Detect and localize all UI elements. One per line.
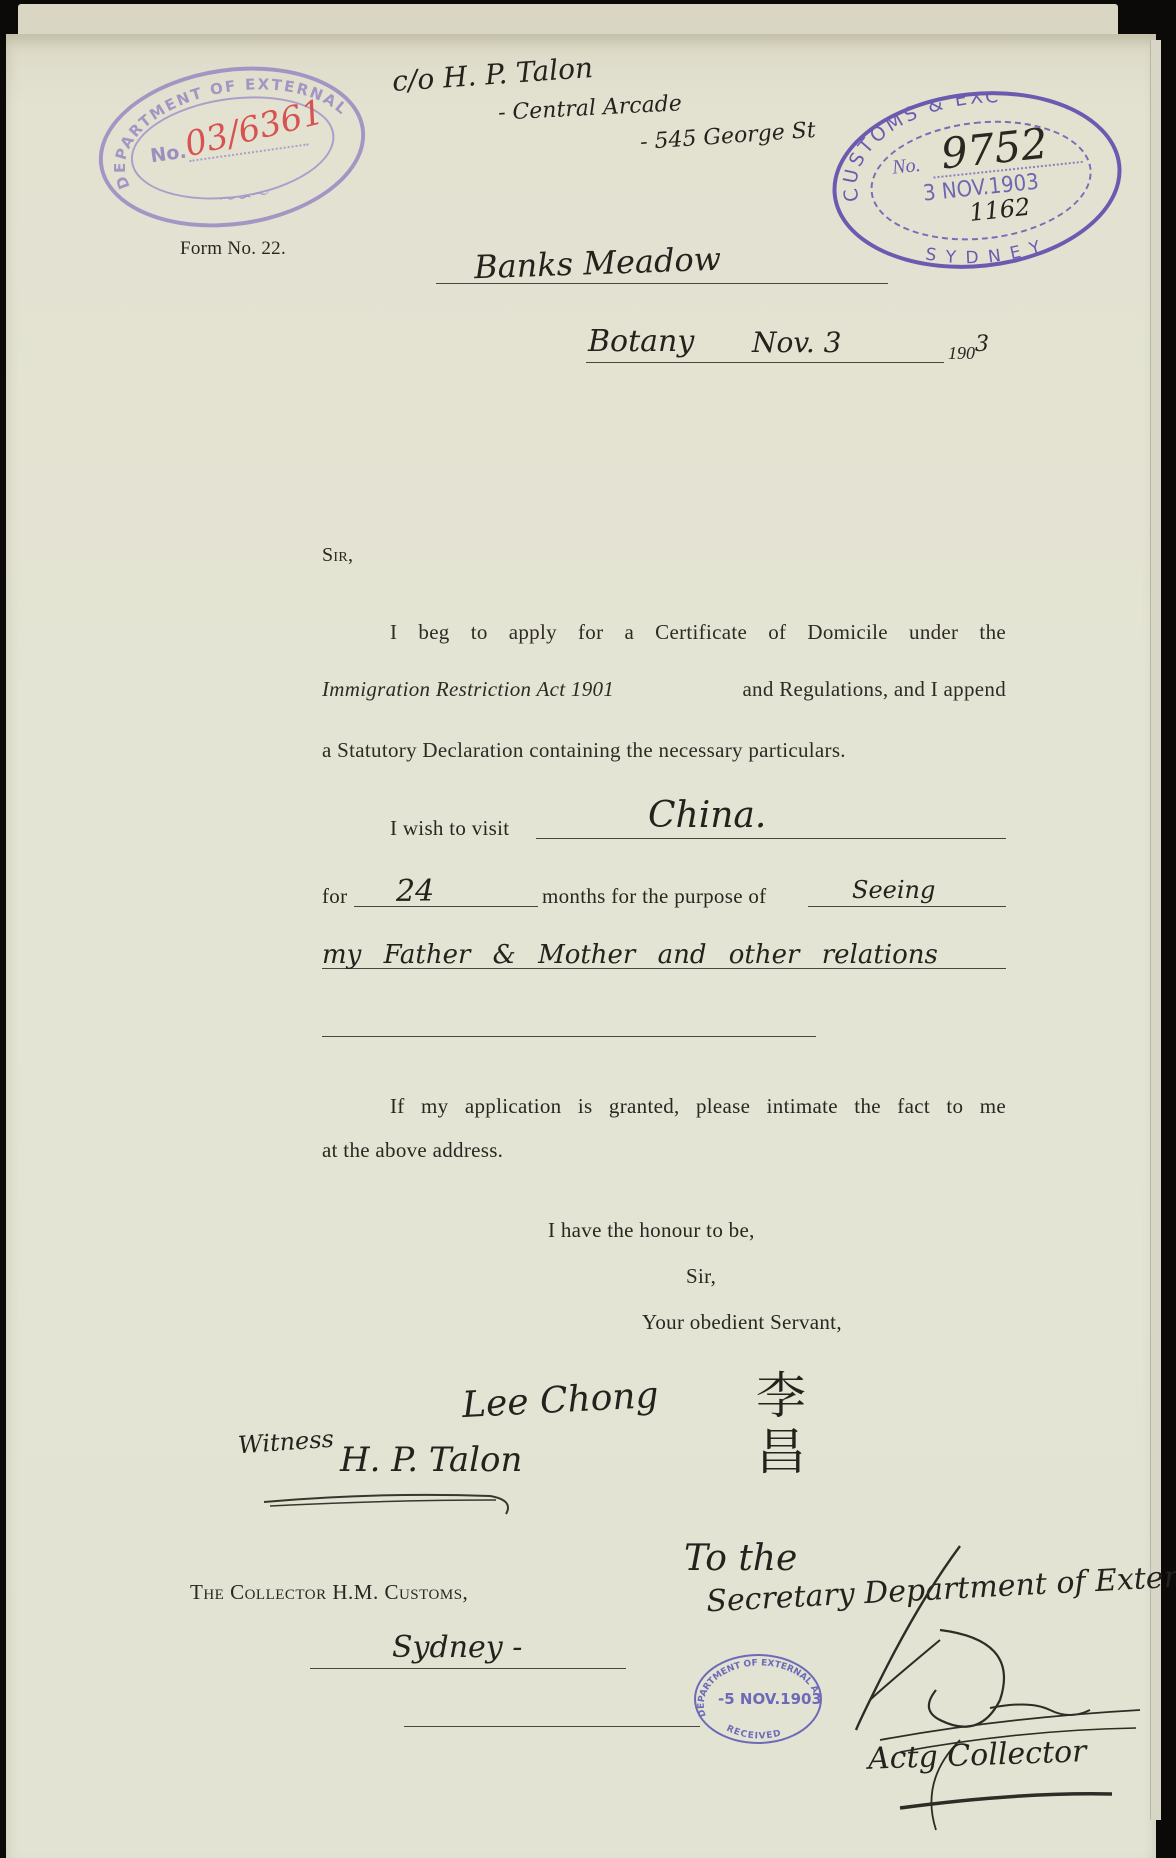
- place-handwritten: Botany: [588, 324, 694, 359]
- duration-months[interactable]: 24: [396, 874, 434, 909]
- form-number: Form No. 22.: [180, 238, 286, 260]
- witness-signature: H. P. Talon: [340, 1440, 522, 1480]
- closing-line3: Your obedient Servant,: [642, 1310, 842, 1335]
- paragraph1-line2: Immigration Restriction Act 1901 and Reg…: [322, 677, 1006, 702]
- paragraph1-line1: I beg to apply for a Certificate of Domi…: [390, 620, 1006, 645]
- received-date: -5 NOV.1903: [718, 1690, 822, 1708]
- purpose-line2[interactable]: my Father & Mother and other relations: [322, 940, 938, 970]
- act-name: Immigration Restriction Act 1901: [322, 677, 614, 702]
- addressee-title: The Collector H.M. Customs,: [190, 1580, 468, 1605]
- address-rule: [436, 283, 888, 284]
- year-printed: 1903: [948, 340, 989, 365]
- visit-destination[interactable]: China.: [648, 795, 766, 836]
- svg-text:DEPARTMENT OF EXTERNAL AFFAIRS: DEPARTMENT OF EXTERNAL AFFAIRS: [696, 1656, 820, 1718]
- paragraph2-line1: If my application is granted, please int…: [390, 1094, 1006, 1119]
- customs-number-label: No.: [891, 154, 922, 180]
- salutation: Sir,: [322, 544, 353, 567]
- received-stamp: DEPARTMENT OF EXTERNAL AFFAIRS RECEIVED …: [694, 1654, 822, 1744]
- visit-rule: [536, 838, 1006, 839]
- date-handwritten: Nov. 3: [752, 326, 841, 359]
- closing-line1: I have the honour to be,: [548, 1218, 755, 1243]
- paragraph2-line2: at the above address.: [322, 1138, 503, 1163]
- duration-for-label: for: [322, 884, 347, 909]
- purpose-rule-1: [808, 906, 1006, 907]
- witness-flourish: [260, 1480, 520, 1520]
- endorsement-line1: To the: [684, 1538, 797, 1579]
- collector-signature: N. Oxley (?): [1000, 1656, 1005, 1657]
- paragraph1-line3: a Statutory Declaration containing the n…: [322, 738, 846, 763]
- chinese-signature: 李昌: [756, 1368, 812, 1480]
- addressee-city: Sydney -: [392, 1630, 522, 1665]
- purpose-line1[interactable]: Seeing: [852, 876, 935, 904]
- visit-label: I wish to visit: [390, 816, 509, 841]
- purpose-rule-3: [322, 1036, 816, 1037]
- addressee-rule-2: [404, 1726, 700, 1727]
- closing-line2: Sir,: [686, 1264, 716, 1289]
- addressee-city-rule: [310, 1668, 626, 1669]
- customs-excise-stamp: CUSTOMS & EXC SYDNEY No. 9752 3 NOV.1903…: [824, 77, 1131, 282]
- duration-rule: [354, 906, 538, 907]
- collector-signature-flourish: [840, 1540, 1160, 1840]
- svg-text:RECEIVED: RECEIVED: [725, 1724, 783, 1742]
- date-rule: [586, 362, 944, 363]
- duration-months-label: months for the purpose of: [542, 884, 766, 909]
